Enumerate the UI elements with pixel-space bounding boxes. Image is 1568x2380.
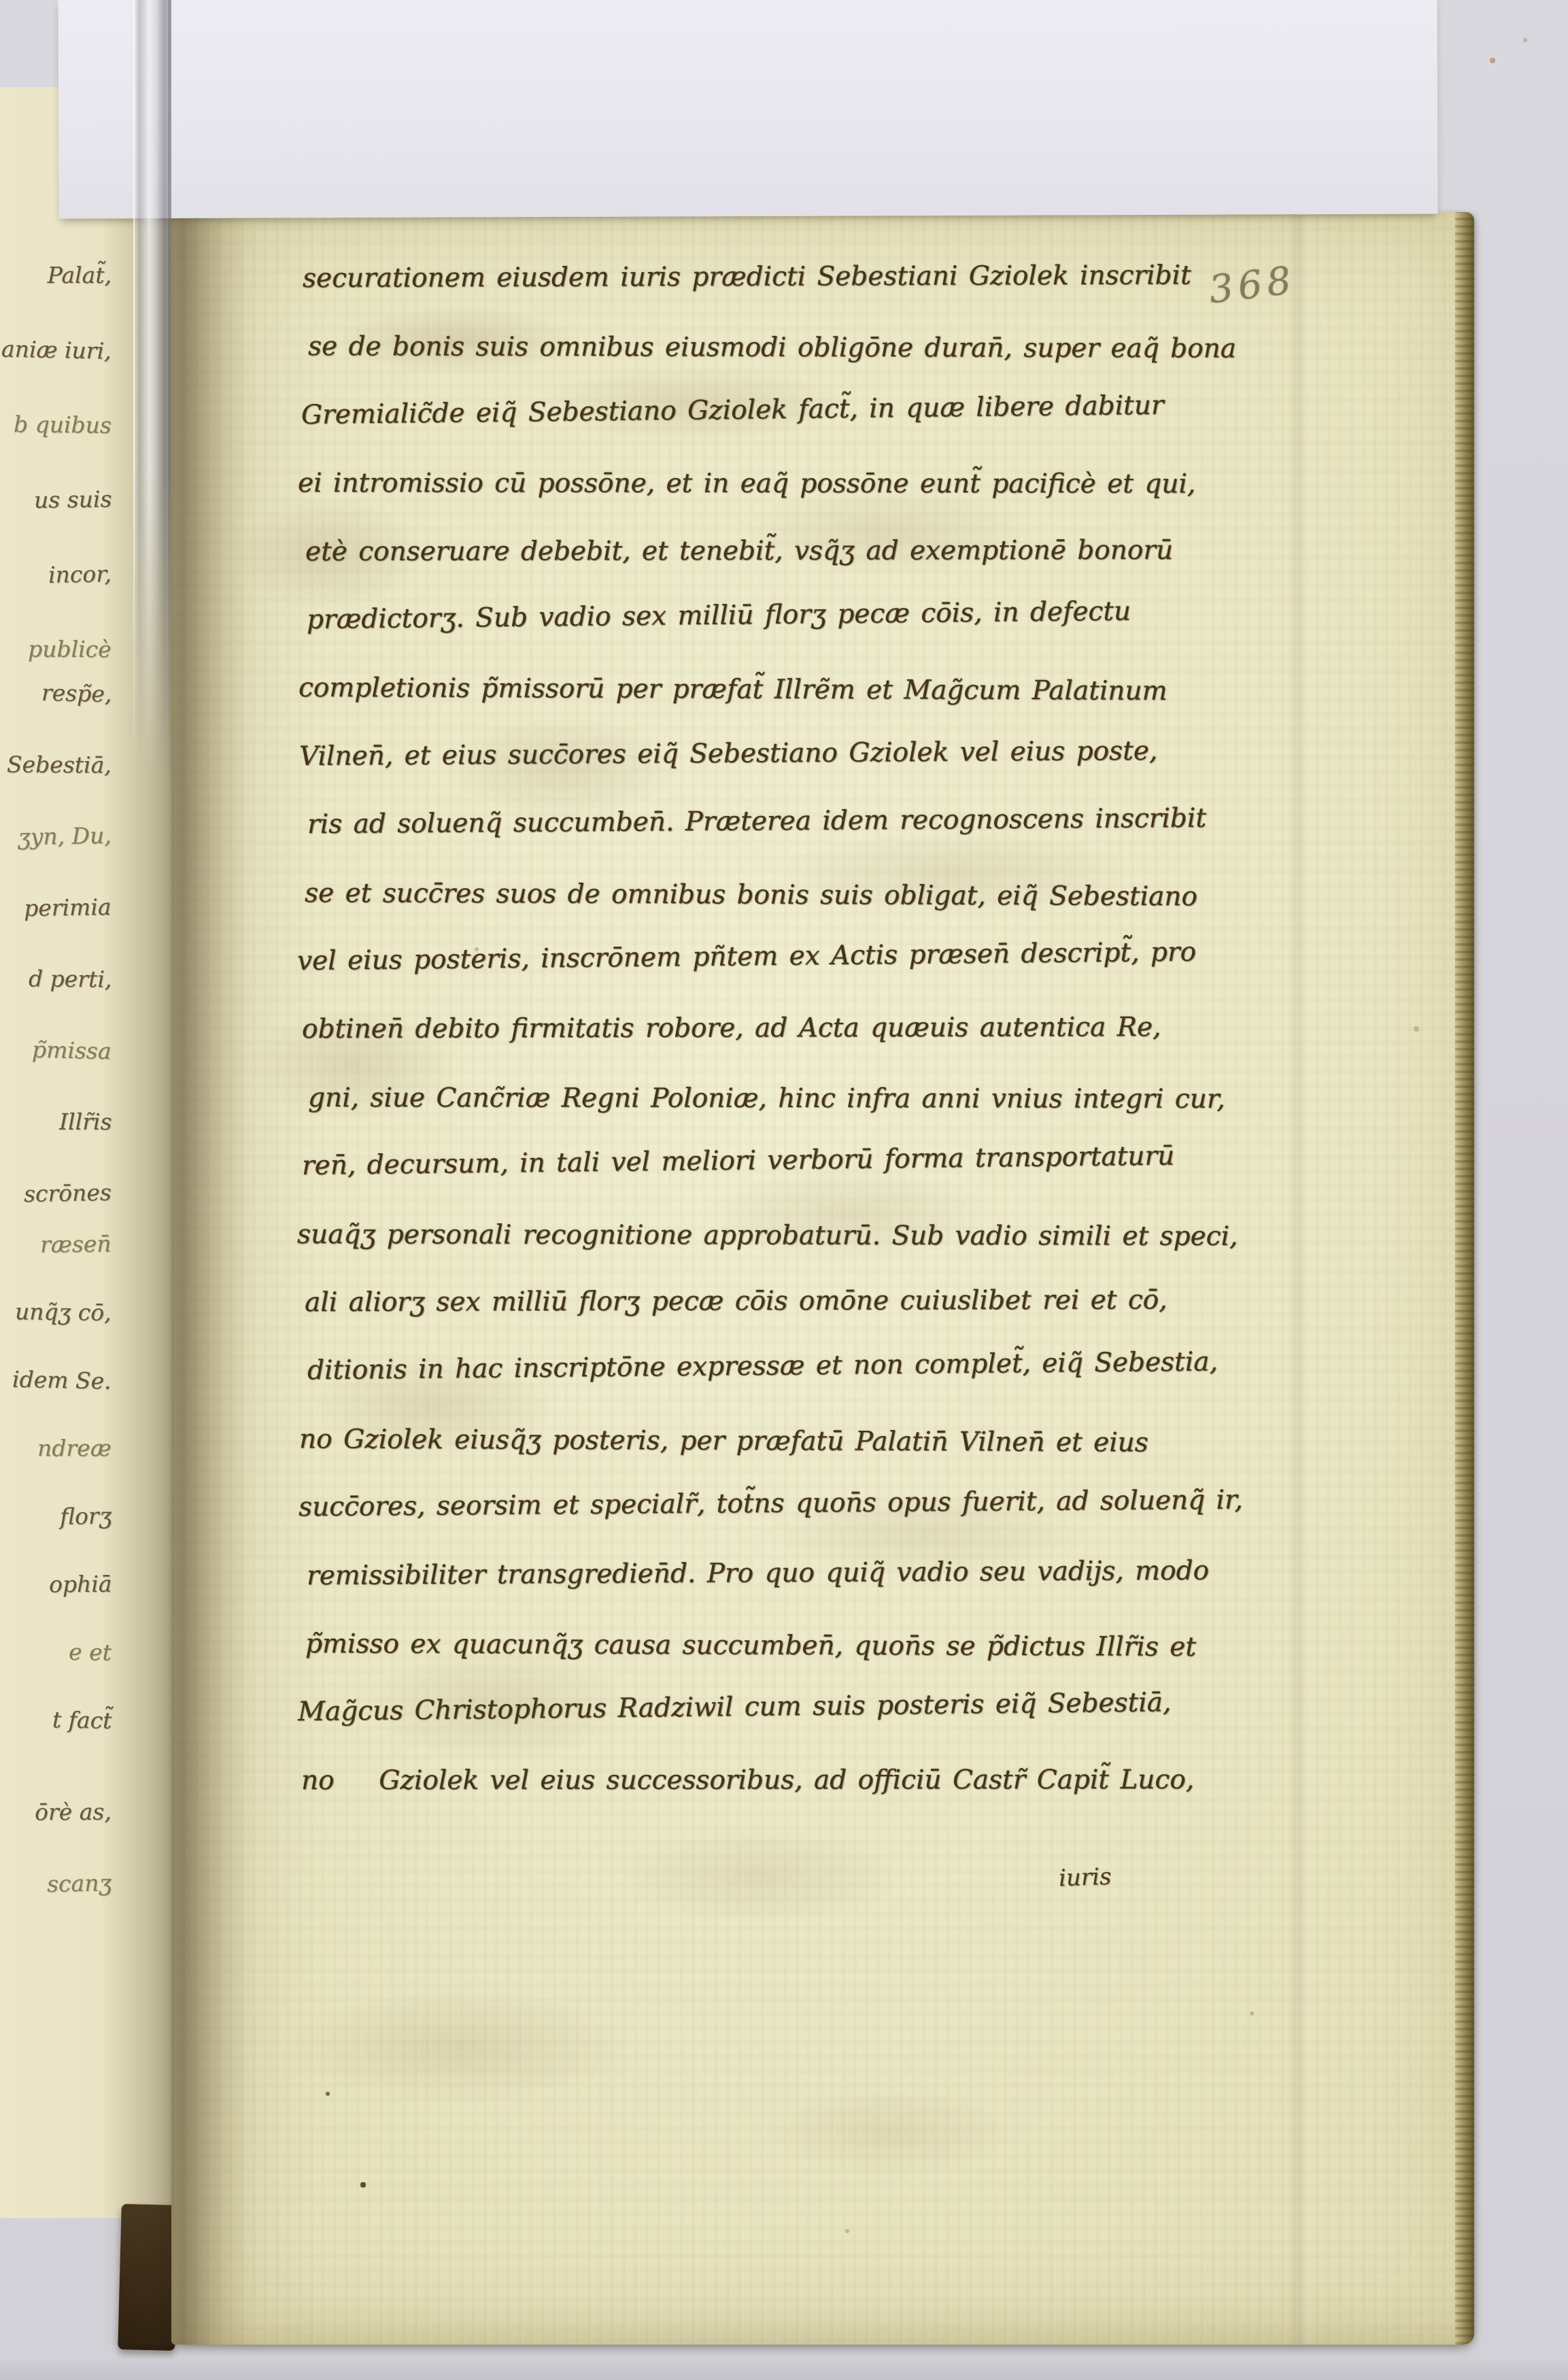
margin-fragment: scrōnes bbox=[24, 1181, 112, 1205]
manuscript-line: no Gziolek vel eius successoribus, ad of… bbox=[301, 1767, 1194, 1794]
gutter-shadow bbox=[102, 87, 248, 2345]
margin-fragment: d perti, bbox=[28, 967, 112, 990]
manuscript-line: Vilnen̄, et eius succ̄ores eiq̃ Sebestia… bbox=[299, 738, 1158, 770]
manuscript-line: ris ad soluenq̃ succumben̄. Præterea ide… bbox=[307, 805, 1206, 838]
manuscript-line: securationem eiusdem iuris prædicti Sebe… bbox=[303, 262, 1191, 292]
manuscript-line: gni, siue Canc̃riæ Regni Poloniæ, hinc i… bbox=[308, 1085, 1225, 1112]
catchword: iuris bbox=[1058, 1865, 1111, 1890]
manuscript-line: remissibiliter transgredien̄d. Pro quo q… bbox=[307, 1557, 1209, 1589]
margin-fragment: ræsen̄ bbox=[40, 1232, 112, 1255]
page-holder-strip bbox=[133, 0, 171, 781]
manuscript-line: Mag̃cus Christophorus Radziwil cum suis … bbox=[298, 1689, 1172, 1725]
manuscript-line: p̃misso ex quacunq̃ʒ causa succumben̄, q… bbox=[305, 1631, 1196, 1661]
manuscript-line: succ̄ores, seorsim et specialr̃, tot̃ns … bbox=[299, 1487, 1243, 1521]
guard-sheet bbox=[58, 0, 1437, 219]
margin-fragment: Sebestiā, bbox=[7, 753, 112, 776]
manuscript-line: se de bonis suis omnibus eiusmodi obligō… bbox=[308, 333, 1236, 362]
margin-fragment: publicè bbox=[28, 638, 112, 661]
margin-fragment: ōrè as, bbox=[35, 1801, 112, 1824]
page-number: 368 bbox=[1207, 261, 1298, 309]
margin-fragment: ʒyn, Du, bbox=[18, 824, 112, 848]
manuscript-line: prædictorʒ. Sub vadio sex milliū florʒ p… bbox=[307, 598, 1131, 633]
manuscript-page: securationem eiusdem iuris prædicti Sebe… bbox=[171, 212, 1474, 2345]
scanner-bed-edge bbox=[0, 2360, 1568, 2380]
margin-fragment: resp̃e, bbox=[41, 681, 112, 705]
margin-fragment: perimia bbox=[24, 896, 112, 919]
margin-fragment: p̃missa bbox=[32, 1038, 112, 1062]
text-block: securationem eiusdem iuris prædicti Sebe… bbox=[171, 212, 1474, 2345]
manuscript-scan: Palat̃,aniæ iuri,b quibusus suisincor,pu… bbox=[0, 0, 1568, 2380]
manuscript-line: ren̄, decursum, in tali vel meliori verb… bbox=[302, 1143, 1175, 1180]
margin-fragment: ndreæ bbox=[37, 1437, 112, 1459]
manuscript-line: obtinen̄ debito firmitatis robore, ad Ac… bbox=[302, 1015, 1161, 1043]
margin-fragment: us suis bbox=[33, 488, 112, 511]
margin-fragment: aniæ iuri, bbox=[1, 337, 112, 362]
manuscript-line: se et succ̄res suos de omnibus bonis sui… bbox=[305, 880, 1197, 910]
manuscript-line: completionis p̃missorū per præfat̃ Illrẽ… bbox=[299, 675, 1168, 704]
ink-specks bbox=[0, 0, 1, 1]
manuscript-line: Gremialic̃de eiq̃ Sebestiano Gziolek fac… bbox=[301, 392, 1164, 428]
margin-fragment: unq̃ʒ cō, bbox=[15, 1300, 112, 1324]
manuscript-line: etè conseruare debebit, et tenebit̃, vsq… bbox=[305, 537, 1173, 564]
manuscript-line: ditionis in hac inscriptōne expressæ et … bbox=[307, 1349, 1218, 1384]
manuscript-line: vel eius posteris, inscrōnem pñtem ex Ac… bbox=[297, 939, 1196, 974]
margin-fragment: b quibus bbox=[14, 413, 112, 437]
margin-fragment: idem Se. bbox=[12, 1368, 112, 1393]
manuscript-line: no Gziolek eiusq̃ʒ posteris, per præfatū… bbox=[299, 1426, 1148, 1456]
manuscript-line: ei intromissio cū possōne, et in eaq̃ po… bbox=[298, 470, 1195, 497]
manuscript-line: suaq̃ʒ personali recognitione approbatur… bbox=[297, 1221, 1238, 1250]
manuscript-line: ali aliorʒ sex milliū florʒ pecæ cōis om… bbox=[305, 1287, 1168, 1316]
